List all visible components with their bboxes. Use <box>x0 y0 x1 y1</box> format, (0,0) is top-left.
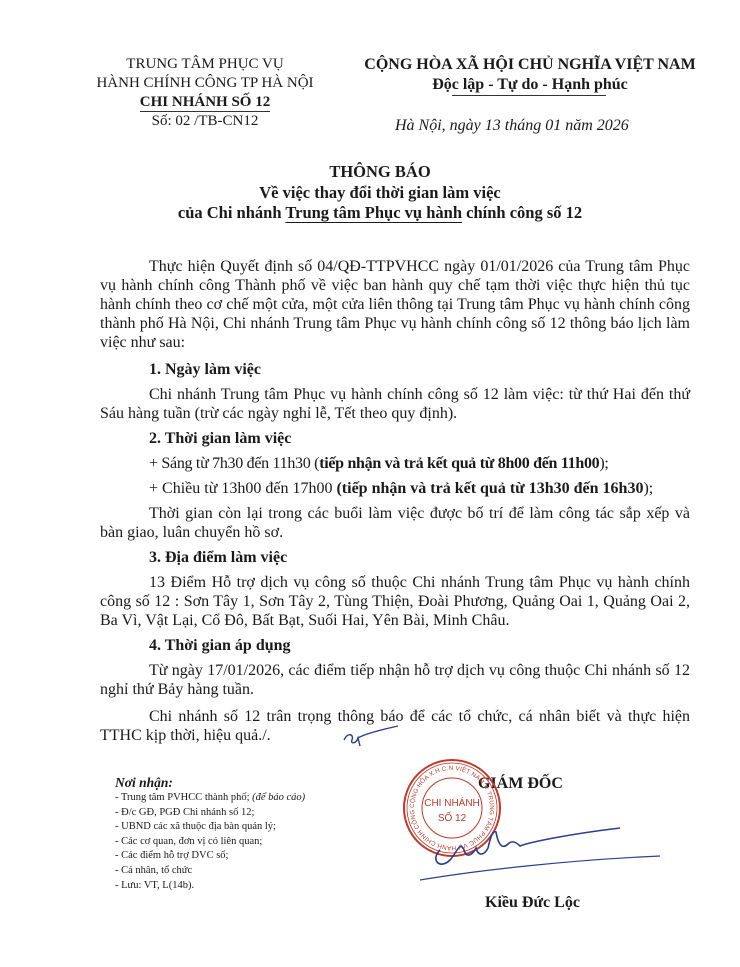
recipient-text: Các cơ quan, đơn vị có liên quan; <box>121 836 262 847</box>
document-date: Hà Nội, ngày 13 tháng 01 năm 2026 <box>395 117 629 135</box>
recipient-item: - UBND các xã thuộc địa bàn quản lý; <box>115 820 305 835</box>
afternoon-service-hours: (tiếp nhận và trả kết quả từ 13h30 đến 1… <box>336 480 643 497</box>
initial-signature-icon <box>340 722 400 752</box>
recipient-item: - Trung tâm PVHCC thành phố; (để báo cáo… <box>115 791 305 806</box>
document-title-block: THÔNG BÁO Về việc thay đổi thời gian làm… <box>100 162 660 224</box>
svg-text:CHI NHÁNH: CHI NHÁNH <box>424 796 480 809</box>
morning-hours-text: + Sáng từ 7h30 đến 11h30 ( <box>149 455 319 472</box>
section-1-heading: 1. Ngày làm việc <box>100 360 690 379</box>
recipient-item: - Các cơ quan, đơn vị có liên quan; <box>115 835 305 850</box>
section-4-heading: 4. Thời gian áp dụng <box>100 636 690 655</box>
afternoon-hours-text: + Chiều từ 13h00 đến 17h00 <box>149 480 336 497</box>
subject-suffix: chính công số 12 <box>462 203 582 222</box>
subject-prefix: của Chi nhánh <box>178 203 285 222</box>
section-3-heading: 3. Địa điểm làm việc <box>100 548 690 567</box>
national-header-block: CỘNG HÒA XÃ HỘI CHỦ NGHĨA VIỆT NAM Độc l… <box>350 55 710 95</box>
morning-service-hours: tiếp nhận và trả kết quả từ 8h00 đến 11h… <box>319 455 599 472</box>
recipient-item: - Các điểm hỗ trợ DVC số; <box>115 849 305 864</box>
recipient-text: Trung tâm PVHCC thành phố; <box>121 792 252 803</box>
document-body: Thực hiện Quyết định số 04/QĐ-TTPVHCC ng… <box>100 257 690 745</box>
recipient-note: (để báo cáo) <box>252 792 305 803</box>
afternoon-hours-end: ); <box>643 480 653 497</box>
section-2-heading: 2. Thời gian làm việc <box>100 429 690 448</box>
document-subject-line-2: của Chi nhánh Trung tâm Phục vụ hành chí… <box>100 203 660 224</box>
handwritten-signature-icon <box>420 820 660 890</box>
recipient-item: - Cá nhân, tổ chức <box>115 864 305 879</box>
intro-paragraph: Thực hiện Quyết định số 04/QĐ-TTPVHCC ng… <box>100 257 690 352</box>
document-subject-line-1: Về việc thay đổi thời gian làm việc <box>100 183 660 204</box>
document-number: Số: 02 /TB-CN12 <box>70 112 340 131</box>
recipient-text: Cá nhân, tổ chức <box>121 865 192 876</box>
document-type: THÔNG BÁO <box>100 162 660 183</box>
recipients-block: Nơi nhận: - Trung tâm PVHCC thành phố; (… <box>115 775 305 893</box>
org-line-2: HÀNH CHÍNH CÔNG TP HÀ NỘI <box>70 74 340 93</box>
recipient-text: Đ/c GĐ, PGĐ Chi nhánh số 12; <box>121 807 254 818</box>
morning-hours: + Sáng từ 7h30 đến 11h30 (tiếp nhận và t… <box>100 454 690 473</box>
section-3-text: 13 Điểm Hỗ trợ dịch vụ công số thuộc Chi… <box>100 573 690 630</box>
recipient-text: UBND các xã thuộc địa bàn quản lý; <box>121 821 276 832</box>
section-2-note: Thời gian còn lại trong các buổi làm việ… <box>100 504 690 542</box>
recipient-text: Lưu: VT, L(14b). <box>121 880 194 891</box>
national-motto: Độc lập - Tự do - Hạnh phúc <box>432 76 628 93</box>
branch-name: CHI NHÁNH SỐ 12 <box>140 94 270 112</box>
section-4-text: Từ ngày 17/01/2026, các điểm tiếp nhận h… <box>100 661 690 699</box>
subject-underlined: Trung tâm Phục vụ hành <box>285 203 462 222</box>
issuing-organization-block: TRUNG TÂM PHỤC VỤ HÀNH CHÍNH CÔNG TP HÀ … <box>70 55 340 131</box>
section-1-text: Chi nhánh Trung tâm Phục vụ hành chính c… <box>100 385 690 423</box>
recipients-title: Nơi nhận: <box>115 775 305 791</box>
recipient-item: - Đ/c GĐ, PGĐ Chi nhánh số 12; <box>115 806 305 821</box>
org-line-1: TRUNG TÂM PHỤC VỤ <box>70 55 340 74</box>
motto-underline <box>452 95 606 96</box>
afternoon-hours: + Chiều từ 13h00 đến 17h00 (tiếp nhận và… <box>100 479 690 498</box>
recipient-text: Các điểm hỗ trợ DVC số; <box>121 850 228 861</box>
recipient-item: - Lưu: VT, L(14b). <box>115 879 305 894</box>
nation-name: CỘNG HÒA XÃ HỘI CHỦ NGHĨA VIỆT NAM <box>350 55 710 75</box>
signer-name: Kiều Đức Lộc <box>485 894 580 912</box>
morning-hours-end: ); <box>599 455 608 472</box>
